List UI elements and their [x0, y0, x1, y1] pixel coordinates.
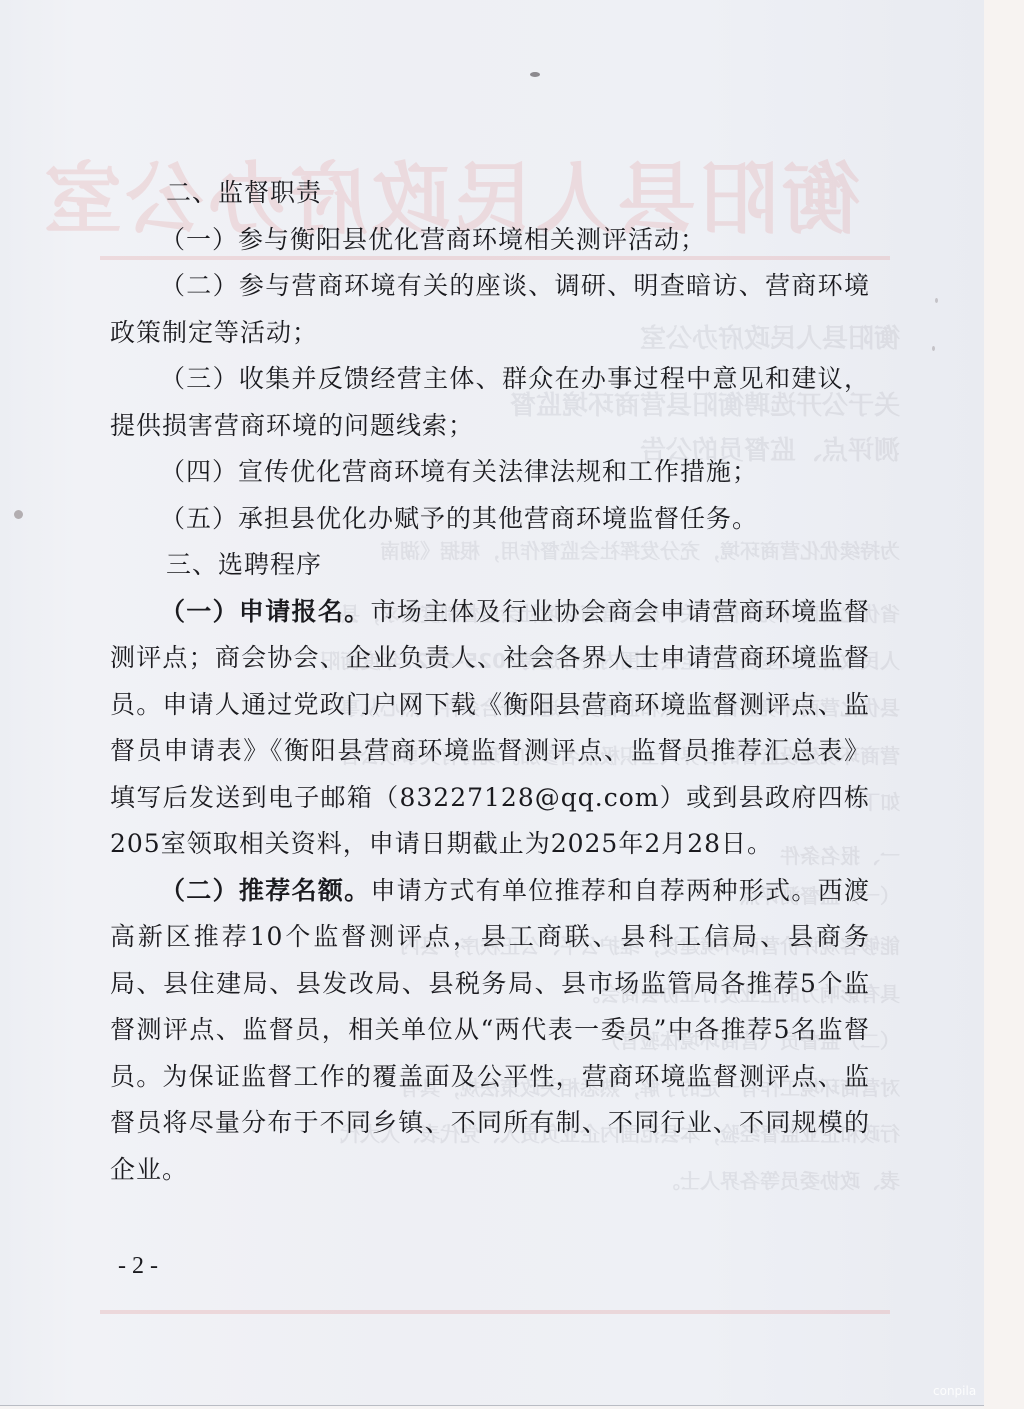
scan-speck	[932, 346, 935, 351]
duty-item-2: （二）参与营商环境有关的座谈、调研、明查暗访、营商环境政策制定等活动；	[110, 263, 870, 356]
procedure-application-paragraph: （一）申请报名。市场主体及行业协会商会申请营商环境监督测评点；商会协会、企业负责…	[110, 589, 870, 868]
page-number: - 2 -	[118, 1253, 158, 1280]
procedure-application-text: 市场主体及行业协会商会申请营商环境监督测评点；商会协会、企业负责人、社会各界人士…	[110, 597, 870, 859]
corner-watermark: conpila	[933, 1384, 976, 1398]
document-body: 二、监督职责 （一）参与衡阳县优化营商环境相关测评活动； （二）参与营商环境有关…	[110, 170, 870, 1193]
scanner-margin	[984, 0, 1024, 1409]
procedure-quota-lead: （二）推荐名额。	[160, 876, 370, 905]
scan-speck	[530, 72, 540, 77]
scan-speck	[14, 510, 23, 519]
section-heading-duties: 二、监督职责	[110, 170, 870, 217]
duty-item-3: （三）收集并反馈经营主体、群众在办事过程中意见和建议，提供损害营商环境的问题线索…	[110, 356, 870, 449]
scan-speck	[935, 298, 938, 303]
procedure-quota-paragraph: （二）推荐名额。申请方式有单位推荐和自荐两种形式。西渡高新区推荐10个监督测评点…	[110, 868, 870, 1194]
duty-item-4: （四）宣传优化营商环境有关法律法规和工作措施；	[110, 449, 870, 496]
section-heading-procedure: 三、选聘程序	[110, 542, 870, 589]
bleed-through-footer-rule	[100, 1310, 890, 1314]
duty-item-1: （一）参与衡阳县优化营商环境相关测评活动；	[110, 217, 870, 264]
duty-item-5: （五）承担县优化办赋予的其他营商环境监督任务。	[110, 496, 870, 543]
procedure-application-lead: （一）申请报名。	[160, 597, 370, 626]
document-page: 衡阳县人民政府办公室 衡阳县人民政府办公室 关于公开选聘衡阳县营商环境监督 测评…	[0, 0, 984, 1406]
procedure-quota-text: 申请方式有单位推荐和自荐两种形式。西渡高新区推荐10个监督测评点，县工商联、县科…	[110, 876, 870, 1184]
